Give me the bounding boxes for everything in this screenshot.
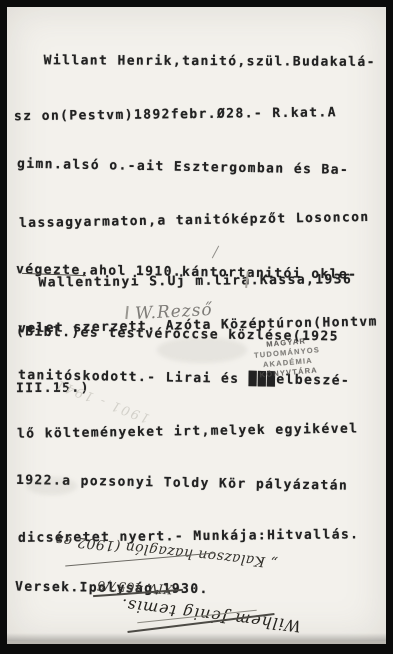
card-paper: Willant Henrik,tanitó,szül.Budakalá- sz … [7,7,386,641]
card-edge-shadow [7,641,386,644]
typed-line: Versek.Ipolyság,1930. [15,578,375,601]
handwritten-name-note: W.Rezső [135,300,214,324]
typed-line: sz on(Pestvm)1892febr.Ø28.- R.kat.A [14,104,374,126]
typed-line: Willant Henrik,tanitó,szül.Budakalá- [16,52,376,71]
typed-line: gimn.alsó o.-ait Esztergomban és Ba- [17,155,377,179]
typed-line: lassagyarmaton,a tanitóképzőt Losoncon [19,208,379,232]
typed-paragraph-sources: Wallentinyi S.Uj m.lira.Kassa,1936 (Bibl… [16,238,348,432]
paper-smudge [27,477,77,495]
paper-smudge [157,337,247,363]
scanned-index-card: Willant Henrik,tanitó,szül.Budakalá- sz … [0,0,393,654]
